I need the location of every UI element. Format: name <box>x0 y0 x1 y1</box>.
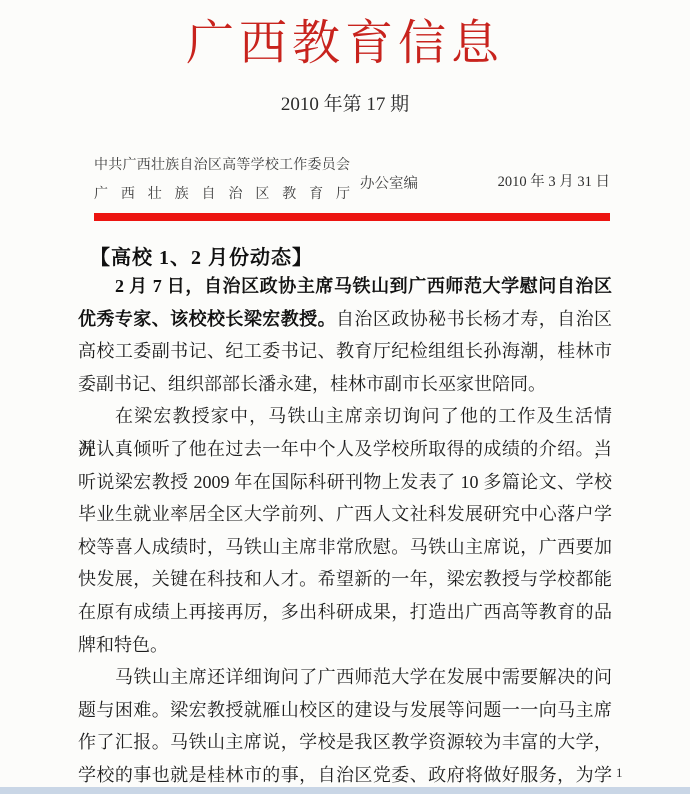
body-line: 快发展，关键在科技和人才。希望新的一年，梁宏教授与学校都能 <box>78 563 612 596</box>
publisher-org-line-2: 广西壮族自治区教育厅 <box>94 180 350 209</box>
body-line: 听说梁宏教授 2009 年在国际科研刊物上发表了 10 多篇论文、学校 <box>78 466 612 499</box>
red-divider-rule <box>94 213 610 221</box>
body-line: 牌和特色。 <box>78 629 612 662</box>
body-line: 优秀专家、该校校长梁宏教授。自治区政协秘书长杨才寿，自治区 <box>78 303 612 336</box>
body-line: 2 月 7 日，自治区政协主席马铁山到广西师范大学慰问自治区 <box>78 270 612 303</box>
body-line: 在原有成绩上再接再厉，多出科研成果，打造出广西高等教育的品 <box>78 596 612 629</box>
body-text-segment: 自治区政协秘书长杨才寿，自治区 <box>336 309 612 329</box>
body-line: 校等喜人成绩时，马铁山主席非常欣慰。马铁山主席说，广西要加 <box>78 531 612 564</box>
page-number: 1 <box>616 765 623 781</box>
section-heading: 【高校 1、2 月份动态】 <box>90 241 313 270</box>
body-line: 毕业生就业率居全区大学前列、广西人文社科发展研究中心落户学 <box>78 498 612 531</box>
article-body: 2 月 7 日，自治区政协主席马铁山到广西师范大学慰问自治区 优秀专家、该校校长… <box>78 270 612 792</box>
issue-number: 2010 年第 17 期 <box>0 92 690 118</box>
body-line: 在梁宏教授家中，马铁山主席亲切询问了他的工作及生活情况， <box>78 400 612 433</box>
publisher-org-line-1: 中共广西壮族自治区高等学校工作委员会 <box>94 151 350 180</box>
body-line: 马铁山主席还详细询问了广西师范大学在发展中需要解决的问 <box>78 661 612 694</box>
issue-date: 2010 年 3 月 31 日 <box>498 170 610 191</box>
page-bottom-edge <box>0 787 690 794</box>
body-line: 作了汇报。马铁山主席说，学校是我区教学资源较为丰富的大学， <box>78 726 612 759</box>
body-line: 高校工委副书记、纪工委书记、教育厅纪检组组长孙海潮，桂林市 <box>78 335 612 368</box>
masthead-title: 广西教育信息 <box>0 12 690 76</box>
editor-label: 办公室编 <box>360 168 418 193</box>
document-page: 广西教育信息 2010 年第 17 期 中共广西壮族自治区高等学校工作委员会 广… <box>0 0 690 794</box>
publisher-org: 中共广西壮族自治区高等学校工作委员会 广西壮族自治区教育厅 <box>94 151 350 209</box>
body-bold-segment: 优秀专家、该校校长梁宏教授。 <box>78 309 336 329</box>
publisher-block: 中共广西壮族自治区高等学校工作委员会 广西壮族自治区教育厅 办公室编 2010 … <box>94 151 610 209</box>
body-line: 题与困难。梁宏教授就雁山校区的建设与发展等问题一一向马主席 <box>78 694 612 727</box>
body-line: 委副书记、组织部部长潘永建，桂林市副市长巫家世陪同。 <box>78 368 612 401</box>
body-line: 并认真倾听了他在过去一年中个人及学校所取得的成绩的介绍。当 <box>78 433 612 466</box>
